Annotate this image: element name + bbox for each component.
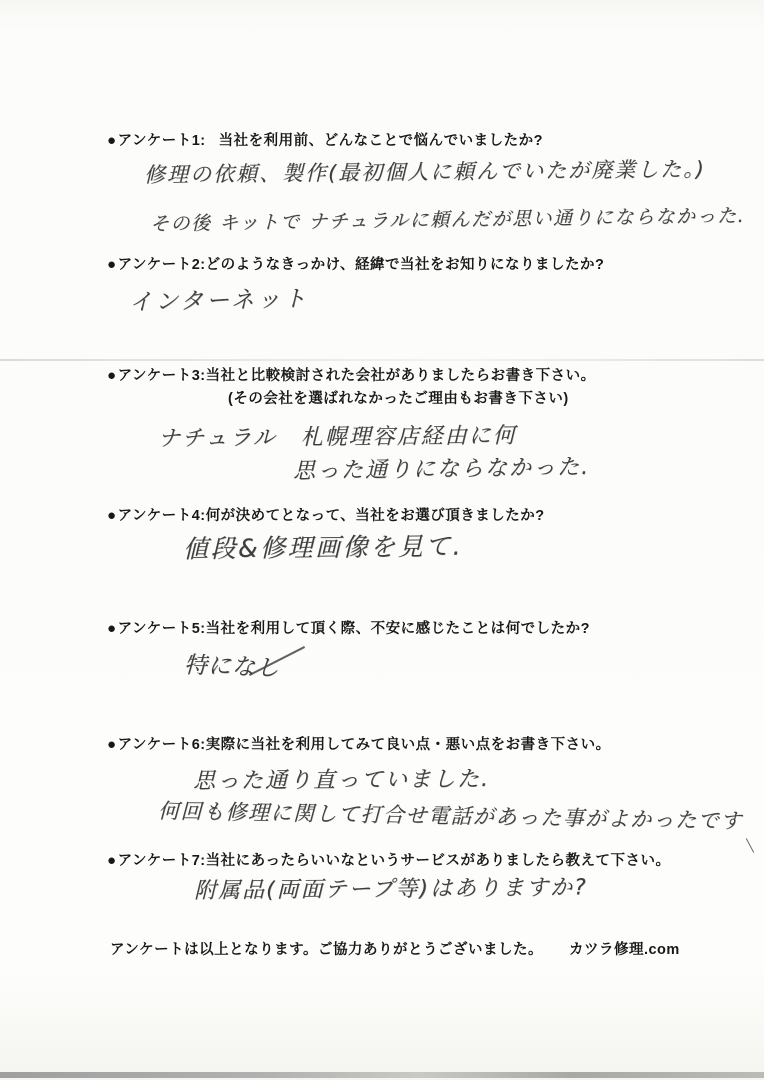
handwritten-answer-1-line-1: 修理の依頼、製作(最初個人に頼んでいたが廃業した。) <box>144 153 706 189</box>
question-2-label: アンケート2: <box>118 257 206 273</box>
question-1: ●アンケート1:当社を利用前、どんなことで悩んでいましたか? <box>107 129 543 150</box>
bullet-icon: ● <box>107 367 117 384</box>
question-2: ●アンケート2:どのようなきっかけ、経緯で当社をお知りになりましたか? <box>107 253 604 274</box>
question-4: ●アンケート4:何が決めてとなって、当社をお選び頂きましたか? <box>107 504 545 525</box>
question-6-label: アンケート6: <box>118 737 206 753</box>
handwritten-answer-2-line-1: インターネット <box>129 280 310 317</box>
handwritten-answer-6-line-1: 思った通り直っていました. <box>193 762 490 795</box>
question-4-text: 何が決めてとなって、当社をお選び頂きましたか? <box>206 508 545 524</box>
question-3-text: 当社と比較検討された会社がありましたらお書き下さい。 <box>206 368 596 384</box>
bullet-icon: ● <box>107 620 117 637</box>
handwritten-answer-1-line-2: その後 キットで ナチュラルに頼んだが思い通りにならなかった. <box>150 201 745 236</box>
brand-name: カツラ修理.com <box>569 942 680 958</box>
question-6-text: 実際に当社を利用してみて良い点・悪い点をお書き下さい。 <box>206 737 611 753</box>
bullet-icon: ● <box>107 736 117 753</box>
pen-mark-right-edge <box>746 838 754 853</box>
handwritten-answer-6-line-2: 何回も修理に関して打合せ電話があった事がよかったです <box>158 795 743 835</box>
question-1-text: 当社を利用前、どんなことで悩んでいましたか? <box>219 133 543 149</box>
question-5: ●アンケート5:当社を利用して頂く際、不安に感じたことは何でしたか? <box>107 617 590 638</box>
scanned-survey-page: ●アンケート1:当社を利用前、どんなことで悩んでいましたか? 修理の依頼、製作(… <box>0 0 764 1080</box>
handwritten-answer-7-line-1: 附属品(両面テープ等)はありますか? <box>194 870 588 904</box>
question-1-label: アンケート1: <box>118 133 206 149</box>
question-5-label: アンケート5: <box>118 621 206 637</box>
question-3: ●アンケート3:当社と比較検討された会社がありましたらお書き下さい。 <box>107 364 596 385</box>
question-5-text: 当社を利用して頂く際、不安に感じたことは何でしたか? <box>206 621 590 637</box>
scan-artifact-bottom-edge <box>0 1072 764 1078</box>
question-3-label: アンケート3: <box>118 368 206 384</box>
question-7-text: 当社にあったらいいなというサービスがありましたら教えて下さい。 <box>206 853 671 869</box>
scan-artifact-top-edge <box>0 0 764 9</box>
bullet-icon: ● <box>107 852 117 869</box>
bullet-icon: ● <box>107 256 117 273</box>
bullet-icon: ● <box>107 132 117 149</box>
handwritten-answer-3-line-1: ナチュラル 札幌理容店経由に何 <box>158 418 517 452</box>
question-6: ●アンケート6:実際に当社を利用してみて良い点・悪い点をお書き下さい。 <box>107 733 611 754</box>
question-3-subtext: (その会社を選ばれなかったご理由もお書き下さい) <box>228 387 569 408</box>
question-7: ●アンケート7:当社にあったらいいなというサービスがありましたら教えて下さい。 <box>107 849 670 870</box>
handwritten-answer-3-line-2: 思った通りにならなかった. <box>293 450 590 485</box>
closing-text: アンケートは以上となります。ご協力ありがとうございました。 <box>110 942 543 958</box>
handwritten-answer-4-line-1: 値段&修理画像を見て. <box>183 527 463 566</box>
question-2-text: どのようなきっかけ、経緯で当社をお知りになりましたか? <box>206 257 605 273</box>
bullet-icon: ● <box>107 507 117 524</box>
question-7-label: アンケート7: <box>118 853 206 869</box>
question-4-label: アンケート4: <box>118 508 206 524</box>
paper-fold-line <box>0 359 764 361</box>
closing-line: アンケートは以上となります。ご協力ありがとうございました。カツラ修理.com <box>110 938 680 959</box>
